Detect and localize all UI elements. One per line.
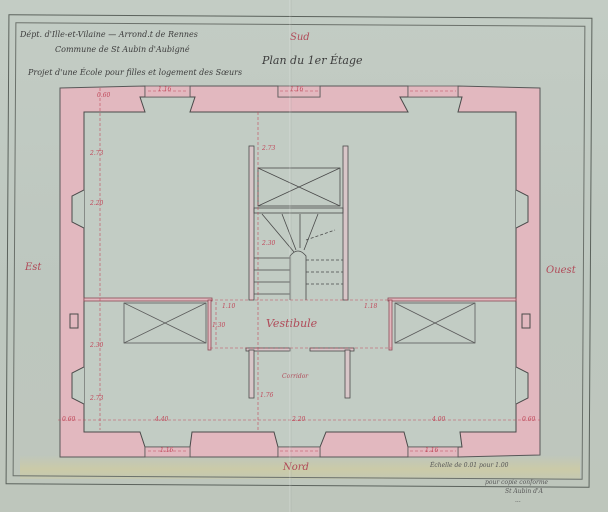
dim-left-upper-2: 2.20 — [90, 200, 103, 207]
header-commune: Commune de St Aubin d'Aubigné — [55, 45, 190, 54]
margin-note: ... — [485, 496, 548, 505]
dim-stair-lower: 2.30 — [262, 240, 275, 247]
dim-bottom-window-right: 1.16 — [425, 447, 438, 454]
dim-bottom-window-left: 1.16 — [160, 447, 173, 454]
dim-stair-upper: 2.73 — [262, 145, 275, 152]
header-department: Dépt. d'Ille-et-Vilaine — Arrond.t de Re… — [20, 30, 198, 39]
label-west: Ouest — [546, 265, 576, 276]
margin-note: St Aubin d'A — [485, 487, 548, 496]
exterior-walls — [60, 86, 540, 457]
dim-right-room-width: 4.00 — [432, 416, 445, 423]
label-east: Est — [25, 262, 41, 273]
dim-left-lower-1: 2.30 — [90, 342, 103, 349]
dim-corner-right: 0.60 — [522, 416, 535, 423]
dim-left-lower-2: 2.73 — [90, 395, 103, 402]
margin-note: pour copie conforme — [485, 478, 548, 487]
dim-corridor-lower: 1.76 — [260, 392, 273, 399]
dim-top-window-left: 1.16 — [158, 86, 171, 93]
dim-vestibule-depth: 1.30 — [212, 322, 225, 329]
dim-vestibule-left: 1.10 — [222, 303, 235, 310]
dim-vestibule-right: 1.18 — [364, 303, 377, 310]
label-south: Sud — [290, 32, 310, 43]
label-north: Nord — [283, 462, 309, 473]
dim-left-upper-1: 2.73 — [90, 150, 103, 157]
scale-note: Échelle de 0.01 pour 1.00 — [430, 462, 508, 469]
paper-fold — [289, 0, 292, 512]
dim-left-room-width: 4.40 — [155, 416, 168, 423]
margin-notes: pour copie conforme St Aubin d'A ... — [485, 478, 548, 505]
plan-title: Plan du 1er Étage — [262, 54, 363, 67]
room-corridor: Corridor — [282, 373, 308, 380]
header-project: Projet d'une École pour filles et logeme… — [28, 68, 242, 77]
dim-center-width: 2.20 — [292, 416, 305, 423]
dim-corner-left: 0.60 — [62, 416, 75, 423]
dim-top-window-center: 1.16 — [290, 86, 303, 93]
dim-wall-thickness: 0.60 — [97, 92, 110, 99]
